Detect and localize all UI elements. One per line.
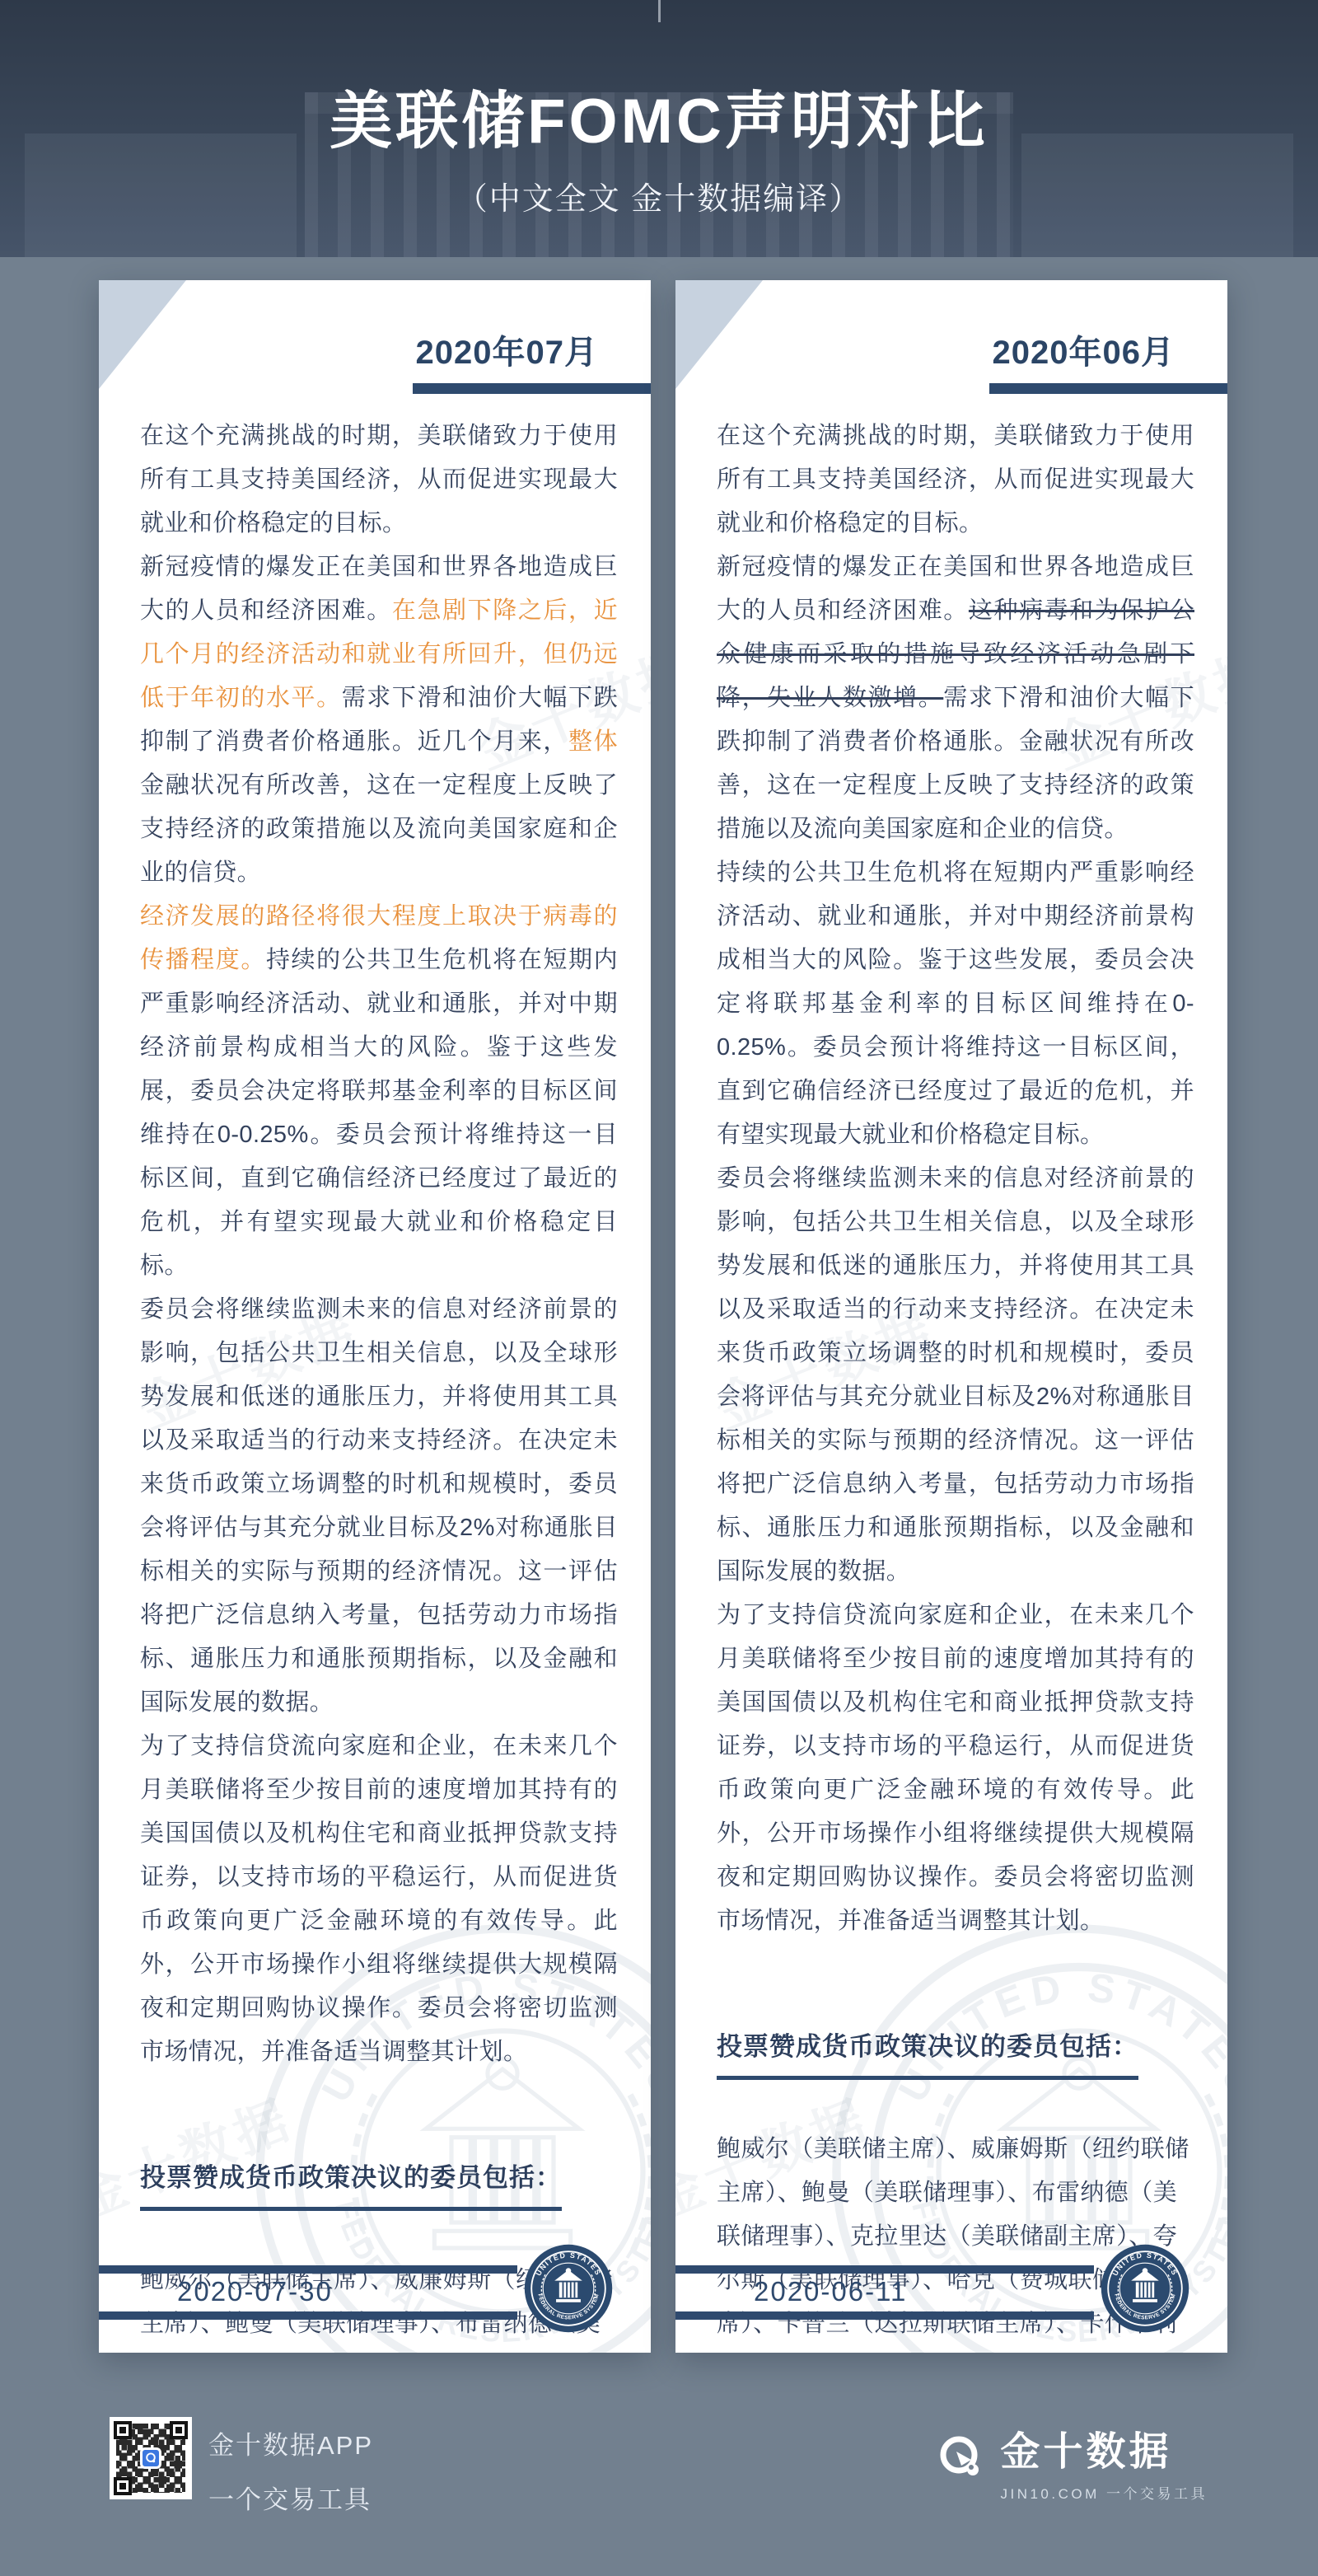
statement-segment-normal: 金融状况有所改善，这在一定程度上反映了支持经济的政策措施以及流向美国家庭和企业的… bbox=[140, 772, 618, 886]
statement-paragraph: 新冠疫情的爆发正在美国和世界各地造成巨大的人员和经济困难。这种病毒和为保护公众健… bbox=[717, 546, 1194, 851]
statement-text: 在这个充满挑战的时期，美联储致力于使用所有工具支持美国经济，从而促进实现最大就业… bbox=[717, 415, 1194, 1943]
header-tick-mark bbox=[658, 0, 661, 22]
month-header: 2020年06月 bbox=[989, 326, 1227, 394]
brand-tagline: JIN10.COM 一个交易工具 bbox=[1000, 2482, 1208, 2503]
month-underline bbox=[413, 383, 651, 394]
statement-segment-normal: 持续的公共卫生危机将在短期内严重影响经济活动、就业和通胀，并对中期经济前景构成相… bbox=[717, 859, 1194, 1148]
month-underline bbox=[989, 383, 1227, 394]
federal-reserve-seal: UNITED STATES FEDERAL RESERVE SYSTEM bbox=[522, 2242, 615, 2335]
qr-finder-icon bbox=[114, 2477, 132, 2495]
page-title: 美联储FOMC声明对比 bbox=[0, 71, 1318, 161]
footer-rule bbox=[99, 2265, 517, 2274]
voters-heading: 投票赞成货币政策决议的委员包括： bbox=[140, 2157, 562, 2211]
statement-card-2020-06: 金十数据 金十数据 金十数据 UNITED STATES FEDERAL RES… bbox=[675, 280, 1227, 2353]
statement-paragraph: 经济发展的路径将很大程度上取决于病毒的传播程度。持续的公共卫生危机将在短期内严重… bbox=[140, 895, 618, 1288]
statement-card-2020-07: 金十数据 金十数据 金十数据 UNITED STATES FEDERAL RES… bbox=[99, 280, 651, 2353]
qr-code bbox=[110, 2417, 192, 2499]
statement-paragraph: 为了支持信贷流向家庭和企业，在未来几个月美联储将至少按目前的速度增加其持有的美国… bbox=[140, 1725, 618, 2074]
month-label: 2020年06月 bbox=[989, 326, 1227, 383]
statement-segment-normal: 为了支持信贷流向家庭和企业，在未来几个月美联储将至少按目前的速度增加其持有的美国… bbox=[717, 1602, 1194, 1934]
statement-paragraph: 在这个充满挑战的时期，美联储致力于使用所有工具支持美国经济，从而促进实现最大就业… bbox=[717, 415, 1194, 546]
jin10-q-icon bbox=[936, 2433, 985, 2482]
brand-name: 金十数据 bbox=[1000, 2433, 1208, 2472]
app-name-label: 金十数据APP bbox=[208, 2424, 373, 2461]
statement-paragraph: 在这个充满挑战的时期，美联储致力于使用所有工具支持美国经济，从而促进实现最大就业… bbox=[140, 415, 618, 546]
corner-triangle-decoration bbox=[675, 280, 763, 389]
statement-segment-normal: 持续的公共卫生危机将在短期内严重影响经济活动、就业和通胀，并对中期经济前景构成相… bbox=[140, 947, 618, 1279]
footer-rule bbox=[675, 2265, 1094, 2274]
statement-text: 在这个充满挑战的时期，美联储致力于使用所有工具支持美国经济，从而促进实现最大就业… bbox=[140, 415, 618, 2074]
statement-segment-normal: 为了支持信贷流向家庭和企业，在未来几个月美联储将至少按目前的速度增加其持有的美国… bbox=[140, 1733, 618, 2065]
poster: 美联储FOMC声明对比 （中文全文 金十数据编译） 金十数据 金十数据 金十数据… bbox=[0, 0, 1318, 2576]
card-footer: 2020-07-30 UNITED STATES FEDERAL RESERVE… bbox=[99, 2265, 651, 2320]
statement-paragraph: 委员会将继续监测未来的信息对经济前景的影响，包括公共卫生相关信息，以及全球形势发… bbox=[717, 1157, 1194, 1594]
statement-date: 2020-07-30 bbox=[177, 2276, 333, 2307]
jin10-logo: 金十数据 JIN10.COM 一个交易工具 bbox=[936, 2433, 1208, 2503]
statement-paragraph: 为了支持信贷流向家庭和企业，在未来几个月美联储将至少按目前的速度增加其持有的美国… bbox=[717, 1594, 1194, 1943]
federal-reserve-seal: UNITED STATES FEDERAL RESERVE SYSTEM bbox=[1099, 2242, 1191, 2335]
voters-heading: 投票赞成货币政策决议的委员包括： bbox=[717, 2026, 1138, 2080]
corner-triangle-decoration bbox=[99, 280, 186, 389]
month-header: 2020年07月 bbox=[413, 326, 651, 394]
statement-segment-normal: 委员会将继续监测未来的信息对经济前景的影响，包括公共卫生相关信息，以及全球形势发… bbox=[140, 1296, 618, 1716]
footer-rule bbox=[99, 2311, 517, 2320]
statement-segment-normal: 委员会将继续监测未来的信息对经济前景的影响，包括公共卫生相关信息，以及全球形势发… bbox=[717, 1165, 1194, 1585]
app-slogan-label: 一个交易工具 bbox=[208, 2479, 373, 2516]
card-footer: 2020-06-11 UNITED STATES FEDERAL RESERVE… bbox=[675, 2265, 1227, 2320]
page-subtitle: （中文全文 金十数据编译） bbox=[0, 173, 1318, 218]
statement-date: 2020-06-11 bbox=[754, 2276, 907, 2307]
app-promo-label: 金十数据APP 一个交易工具 bbox=[208, 2424, 373, 2533]
statement-segment-normal: 在这个充满挑战的时期，美联储致力于使用所有工具支持美国经济，从而促进实现最大就业… bbox=[717, 423, 1194, 536]
qr-finder-icon bbox=[170, 2421, 188, 2439]
jin10-qr-center-icon bbox=[140, 2447, 161, 2469]
page-header: 美联储FOMC声明对比 （中文全文 金十数据编译） bbox=[0, 0, 1318, 257]
footer-rule bbox=[675, 2311, 1094, 2320]
month-label: 2020年07月 bbox=[413, 326, 651, 383]
qr-finder-icon bbox=[114, 2421, 132, 2439]
statement-paragraph: 持续的公共卫生危机将在短期内严重影响经济活动、就业和通胀，并对中期经济前景构成相… bbox=[717, 851, 1194, 1157]
statement-paragraph: 新冠疫情的爆发正在美国和世界各地造成巨大的人员和经济困难。在急剧下降之后，近几个… bbox=[140, 546, 618, 895]
statement-segment-highlight: 整体 bbox=[568, 728, 618, 755]
statement-segment-normal: 在这个充满挑战的时期，美联储致力于使用所有工具支持美国经济，从而促进实现最大就业… bbox=[140, 423, 618, 536]
statement-paragraph: 委员会将继续监测未来的信息对经济前景的影响，包括公共卫生相关信息，以及全球形势发… bbox=[140, 1288, 618, 1725]
